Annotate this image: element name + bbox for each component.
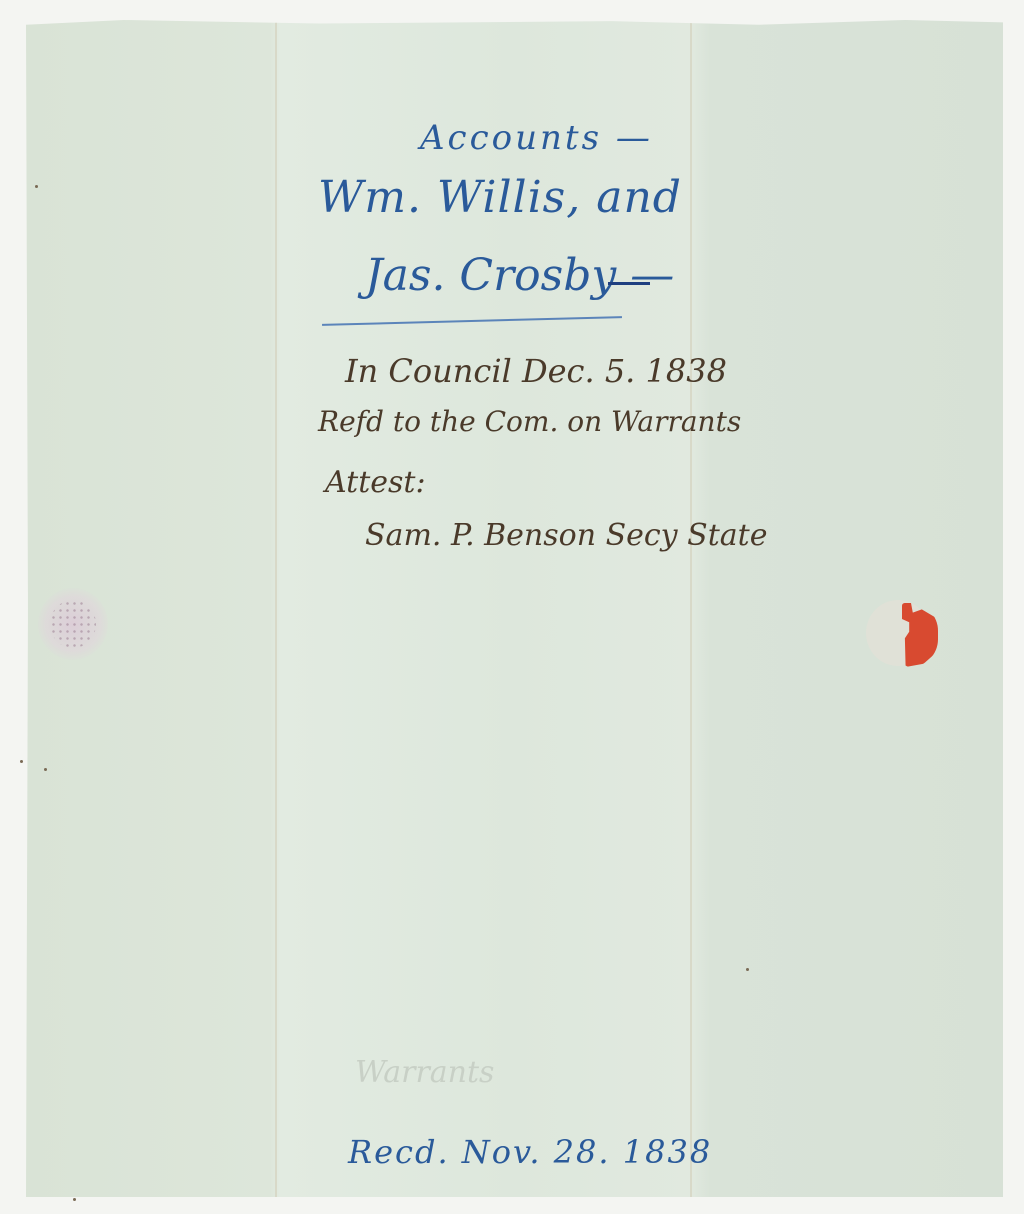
endorsement-council-date: In Council Dec. 5. 1838 (345, 352, 727, 390)
docket-title: Accounts — (420, 118, 653, 158)
endorsement-signature: Sam. P. Benson Secy State (365, 518, 767, 553)
fold-line-left (275, 20, 277, 1197)
docket-name-1: Wm. Willis, and (318, 172, 682, 223)
docket-dash (608, 282, 650, 285)
paper-speck (44, 768, 47, 771)
received-date: Recd. Nov. 28. 1838 (348, 1133, 712, 1171)
pencil-note: Warrants (355, 1055, 494, 1090)
paper-speck (20, 760, 23, 763)
fold-line-right (690, 20, 692, 1197)
docket-name-2: Jas. Crosby — (365, 250, 674, 301)
paper-speck (35, 185, 38, 188)
embossed-seal-mark (38, 588, 108, 660)
paper-speck (73, 1198, 76, 1201)
endorsement-attest: Attest: (325, 465, 426, 500)
endorsement-referral: Refd to the Com. on Warrants (318, 405, 741, 438)
paper-speck (746, 968, 749, 971)
